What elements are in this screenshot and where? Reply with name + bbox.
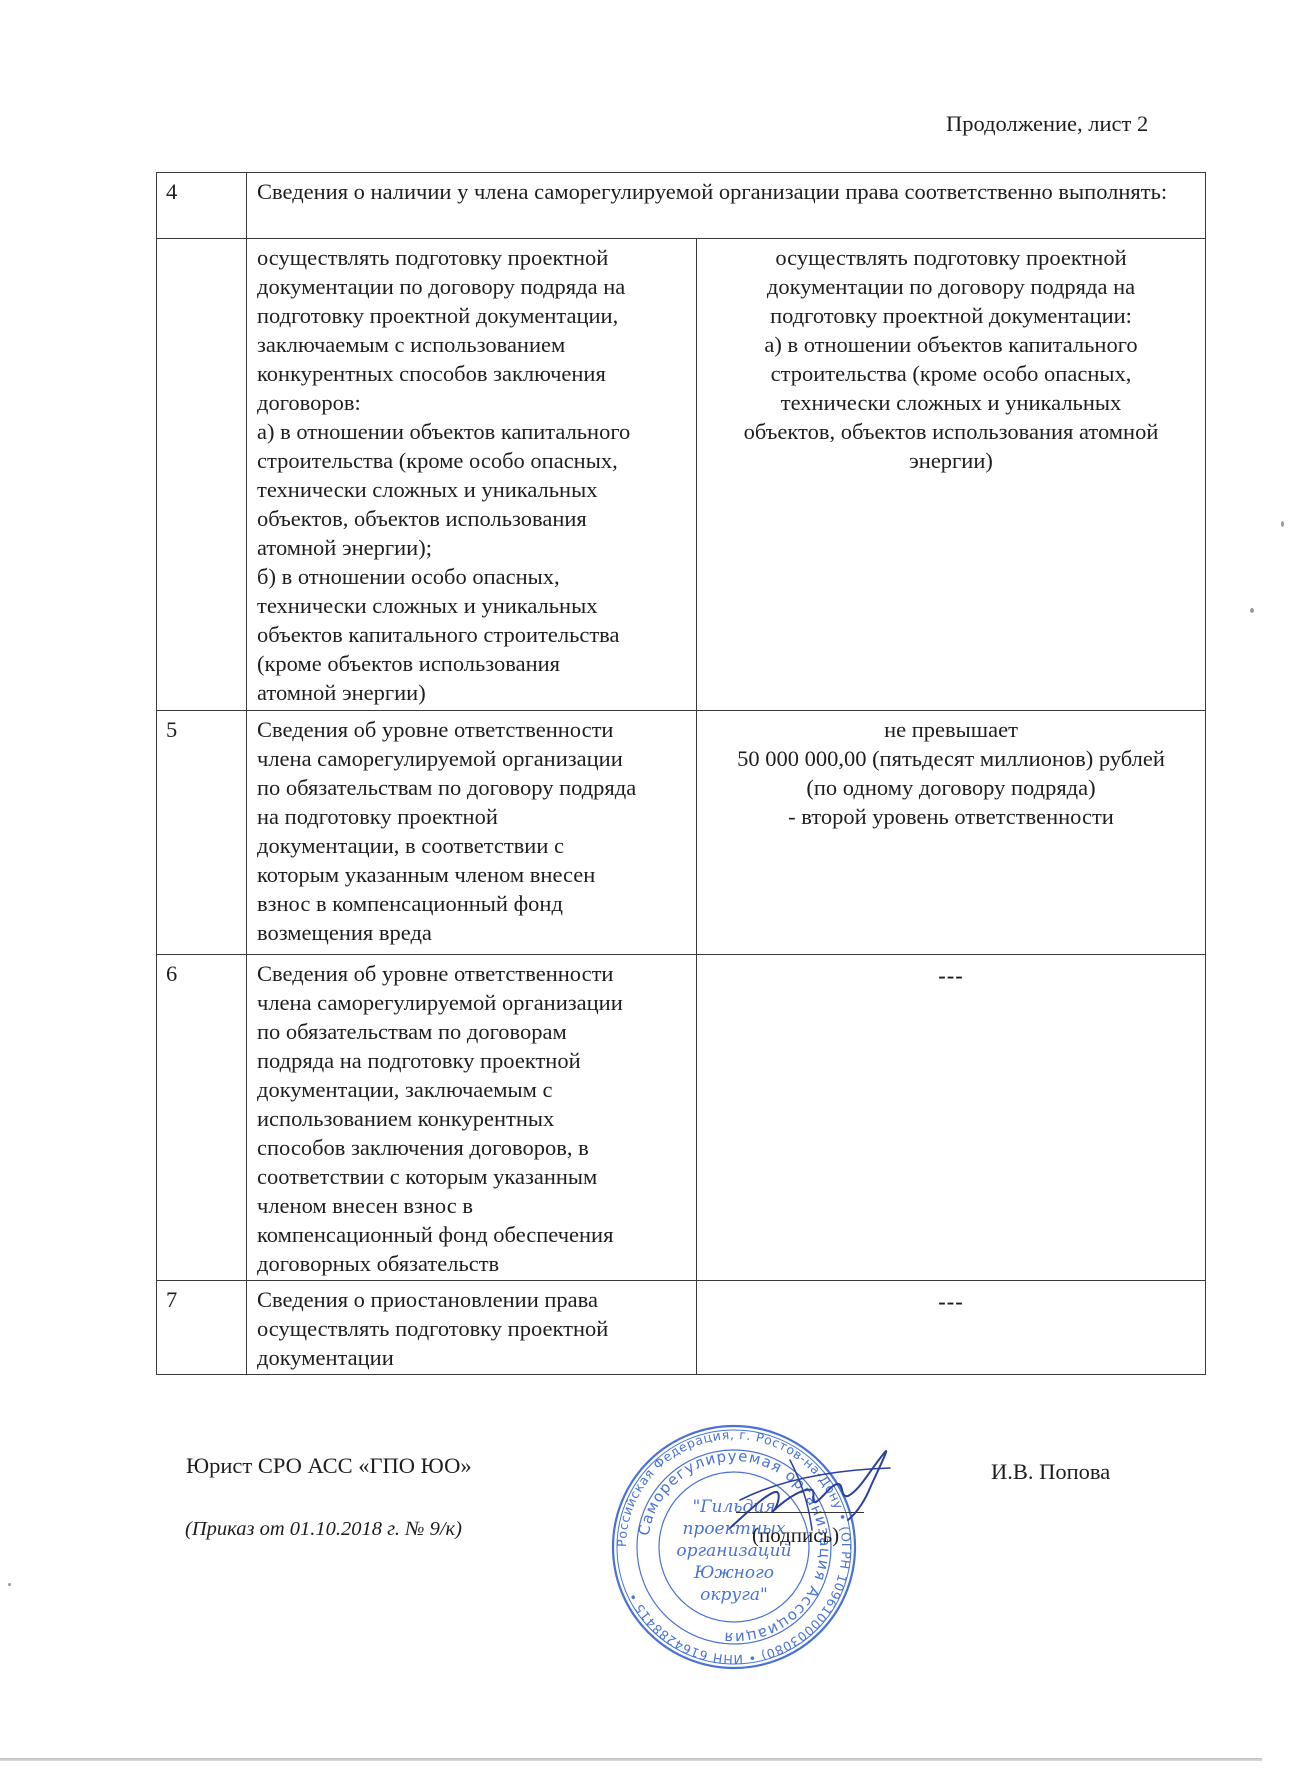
description-line: осуществлять подготовку проектной [257, 1314, 686, 1343]
description-line: технически сложных и уникальных [257, 591, 686, 620]
value-line: (по одному договору подряда) [707, 773, 1195, 802]
row-heading: Сведения о наличии у члена саморегулируе… [247, 173, 1206, 239]
value-line: - второй уровень ответственности [707, 802, 1195, 831]
row-value: --- [697, 1281, 1206, 1375]
description-line: документации по договору подряда на [257, 272, 686, 301]
description-line: а) в отношении объектов капитального [257, 417, 686, 446]
row-number: 6 [157, 955, 247, 1281]
value-line: строительства (кроме особо опасных, [707, 359, 1195, 388]
description-line: (кроме объектов использования [257, 649, 686, 678]
description-line: по обязательствам по договорам [257, 1017, 686, 1046]
value-line: технически сложных и уникальных [707, 388, 1195, 417]
description-line: использованием конкурентных [257, 1104, 686, 1133]
membership-info-table: 4 Сведения о наличии у члена саморегулир… [156, 172, 1206, 1375]
table-row-6: 6 Сведения об уровне ответственности чле… [157, 955, 1206, 1281]
row-value: --- [697, 955, 1206, 1281]
value-line: а) в отношении объектов капитального [707, 330, 1195, 359]
description-line: документации [257, 1343, 686, 1372]
description-line: подряда на подготовку проектной [257, 1046, 686, 1075]
description-line: договоров: [257, 388, 686, 417]
description-line: по обязательствам по договору подряда [257, 773, 686, 802]
description-line: возмещения вреда [257, 918, 686, 947]
svg-text:округа": округа" [700, 1585, 768, 1605]
description-line: Сведения о приостановлении права [257, 1285, 686, 1314]
table-row-7: 7 Сведения о приостановлении права осуще… [157, 1281, 1206, 1375]
description-line: договорных обязательств [257, 1249, 686, 1278]
description-line: Сведения об уровне ответственности [257, 959, 686, 988]
row-value: осуществлять подготовку проектной докуме… [697, 239, 1206, 711]
value-line: объектов, объектов использования атомной [707, 417, 1195, 446]
description-line: членом внесен взнос в [257, 1191, 686, 1220]
value-line: подготовку проектной документации: [707, 301, 1195, 330]
description-line: которым указанным членом внесен [257, 860, 686, 889]
continuation-label: Продолжение, лист 2 [946, 110, 1148, 138]
value-line: энергии) [707, 446, 1195, 475]
description-line: подготовку проектной документации, [257, 301, 686, 330]
signer-role: Юрист СРО АСС «ГПО ЮО» [186, 1452, 472, 1480]
order-reference: (Приказ от 01.10.2018 г. № 9/к) [185, 1516, 462, 1542]
description-line: компенсационный фонд обеспечения [257, 1220, 686, 1249]
row-number-empty [157, 239, 247, 711]
value-line: документации по договору подряда на [707, 272, 1195, 301]
description-line: осуществлять подготовку проектной [257, 243, 686, 272]
empty-value-dashes: --- [707, 959, 1195, 990]
empty-value-dashes: --- [707, 1285, 1195, 1316]
description-line: документации, в соответствии с [257, 831, 686, 860]
signer-name: И.В. Попова [991, 1458, 1110, 1486]
description-line: соответствии с которым указанным [257, 1162, 686, 1191]
description-line: технически сложных и уникальных [257, 475, 686, 504]
row-description: Сведения об уровне ответственности члена… [247, 711, 697, 955]
description-line: Сведения об уровне ответственности [257, 715, 686, 744]
row-number: 5 [157, 711, 247, 955]
description-line: конкурентных способов заключения [257, 359, 686, 388]
description-line: объектов, объектов использования [257, 504, 686, 533]
scan-speck [8, 1583, 11, 1586]
description-line: взнос в компенсационный фонд [257, 889, 686, 918]
table-row-4-content: осуществлять подготовку проектной докуме… [157, 239, 1206, 711]
svg-text:Южного: Южного [693, 1563, 774, 1583]
row-description: Сведения об уровне ответственности члена… [247, 955, 697, 1281]
description-line: строительства (кроме особо опасных, [257, 446, 686, 475]
description-line: на подготовку проектной [257, 802, 686, 831]
value-line: 50 000 000,00 (пятьдесят миллионов) рубл… [707, 744, 1195, 773]
scan-edge-line [0, 1758, 1262, 1761]
description-line: атомной энергии) [257, 678, 686, 707]
row-value: не превышает 50 000 000,00 (пятьдесят ми… [697, 711, 1206, 955]
description-line: способов заключения договоров, в [257, 1133, 686, 1162]
row-description: осуществлять подготовку проектной докуме… [247, 239, 697, 711]
description-line: атомной энергии); [257, 533, 686, 562]
description-line: объектов капитального строительства [257, 620, 686, 649]
description-line: документации, заключаемым с [257, 1075, 686, 1104]
row-description: Сведения о приостановлении права осущест… [247, 1281, 697, 1375]
description-line: б) в отношении особо опасных, [257, 562, 686, 591]
table-row-4-heading: 4 Сведения о наличии у члена саморегулир… [157, 173, 1206, 239]
scan-speck [1250, 608, 1254, 613]
description-line: члена саморегулируемой организации [257, 744, 686, 773]
row-number: 4 [157, 173, 247, 239]
table-row-5: 5 Сведения об уровне ответственности чле… [157, 711, 1206, 955]
description-line: члена саморегулируемой организации [257, 988, 686, 1017]
scan-speck [1281, 521, 1284, 527]
description-line: заключаемым с использованием [257, 330, 686, 359]
row-number: 7 [157, 1281, 247, 1375]
value-line: осуществлять подготовку проектной [707, 243, 1195, 272]
value-line: не превышает [707, 715, 1195, 744]
handwritten-signature-icon [720, 1440, 900, 1550]
